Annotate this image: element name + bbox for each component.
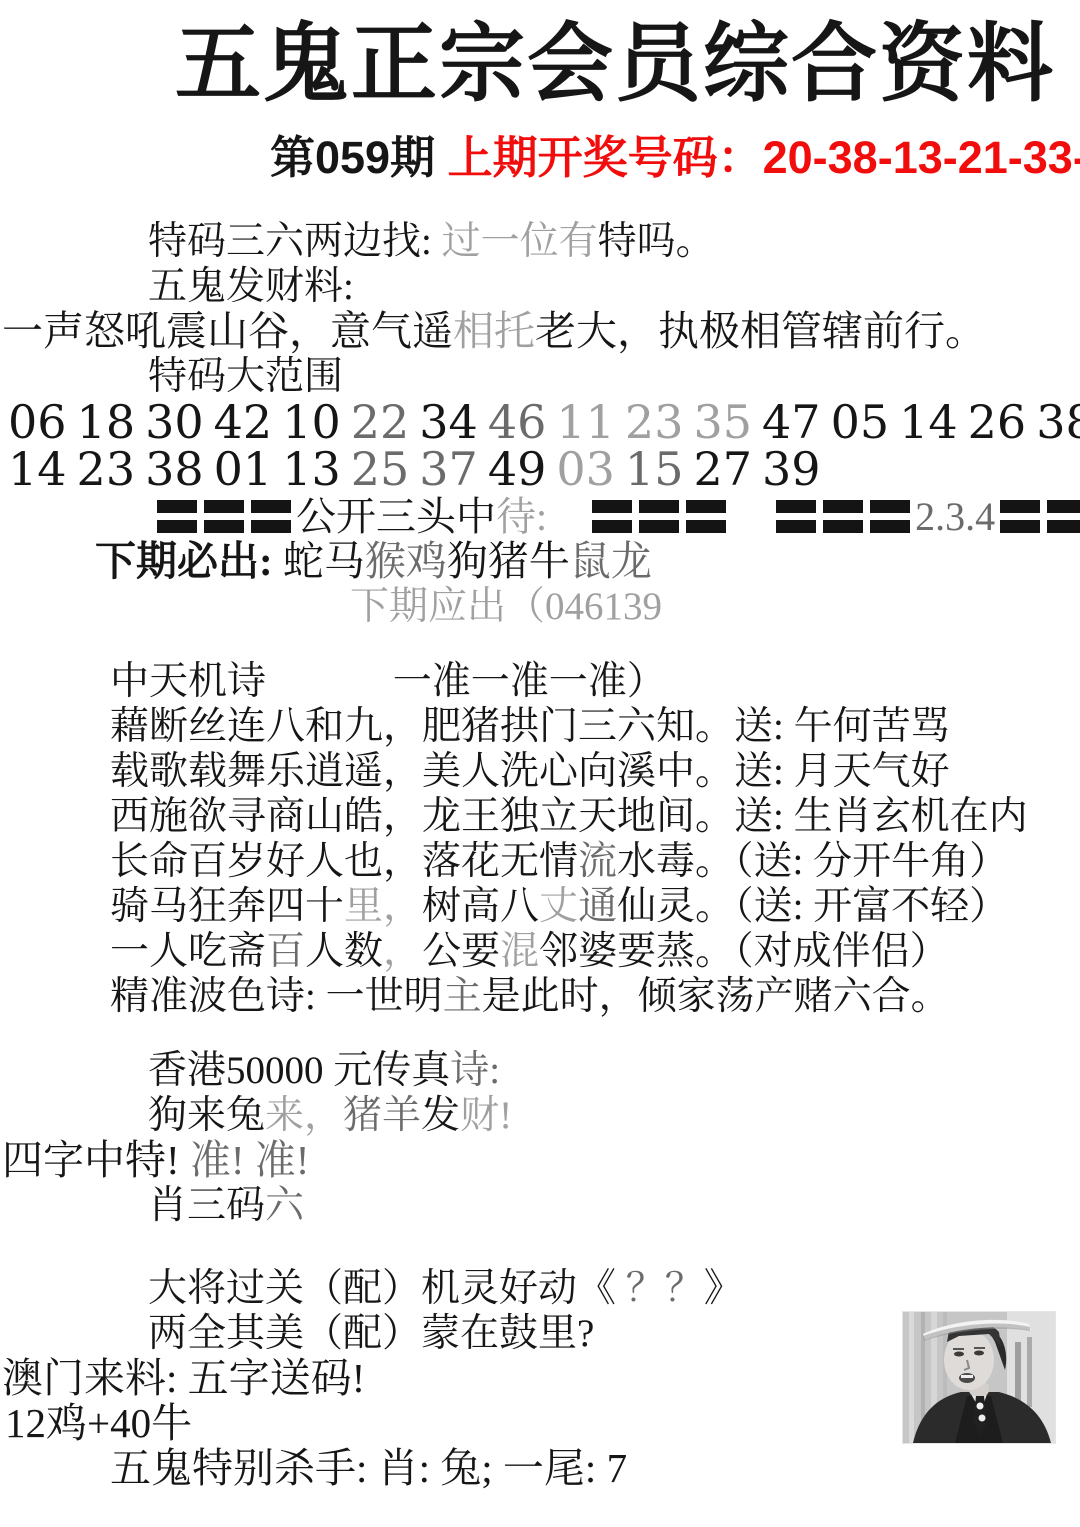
triple-bar-group	[1000, 500, 1080, 533]
number-token: 37	[419, 442, 478, 496]
number-token: 18	[77, 395, 136, 449]
text-segment: 准! 准!	[190, 1137, 310, 1183]
issue-number: 第059期	[270, 132, 435, 183]
number-token: 11	[556, 395, 615, 449]
number-token: 26	[968, 395, 1027, 449]
text-segment: 猴鸡	[365, 538, 447, 584]
number-token: 14	[899, 395, 958, 449]
text-segment: 通	[578, 885, 617, 928]
text-segment: 待:	[496, 494, 547, 539]
text-segment: 老大，执极相管辖前行。	[535, 308, 986, 354]
line-poem-7: 精准波色诗: 一世明主是此时，倾家荡产赌六合。	[0, 974, 1080, 1019]
text-segment: 过一位有	[442, 220, 598, 263]
number-token: 10	[282, 395, 341, 449]
text-segment: 精准波色诗: 一世明	[110, 975, 443, 1018]
number-token: 22	[351, 395, 410, 449]
text-segment: 中天机诗	[110, 660, 266, 703]
text-segment	[266, 660, 393, 703]
line-facai-poem: 一声怒吼震山谷，意气遥相托老大，执极相管辖前行。	[0, 309, 1080, 354]
number-token: 30	[145, 395, 204, 449]
text-segment: 狗猪牛	[447, 538, 570, 584]
text-segment: ？？	[626, 1267, 704, 1310]
line-facai-label: 五鬼发财料:	[0, 264, 1080, 309]
text-segment: 六	[265, 1184, 304, 1227]
text-segment: 公要	[422, 930, 500, 973]
text-segment: 五鬼特别杀手: 肖: 兔; 一尾: 7	[110, 1445, 627, 1491]
text-segment	[731, 494, 771, 539]
text-segment: 邻婆要蒸。（对成伴侣）	[539, 930, 949, 973]
lines: 特码三六两边找: 过一位有特吗。五鬼发财料:一声怒吼震山谷，意气遥相托老大，执极…	[0, 219, 1080, 1491]
text-segment: 2.3.4	[915, 494, 995, 539]
line-tema-find: 特码三六两边找: 过一位有特吗。	[0, 219, 1080, 264]
line-poem-5: 骑马狂奔四十里，树高八丈通仙灵。（送: 开富不轻）	[0, 884, 1080, 929]
text-segment: 肖三码	[148, 1184, 265, 1227]
double-bar-icon	[776, 500, 816, 533]
double-bar-icon	[592, 500, 632, 533]
text-segment	[547, 494, 587, 539]
line-poem-4: 长命百岁好人也，落花无情流水毒。（送: 分开牛角）	[0, 839, 1080, 884]
text-segment: 一准一准一准）	[393, 660, 666, 703]
text-segment: 四字中特!	[2, 1137, 190, 1183]
text-segment: 藉断丝连八和九，肥猪拱门三六知。送: 午何苦骂	[110, 705, 950, 748]
line-hk-fax-poem: 狗来兔来，猪羊发财!	[0, 1093, 1080, 1138]
double-bar-icon	[1047, 500, 1080, 533]
number-token: 47	[762, 395, 821, 449]
text-segment: 长命百岁好人也，落花无情	[110, 840, 578, 883]
text-segment: 里，	[344, 885, 422, 928]
line-tianji-title: 中天机诗 一准一准一准）	[0, 659, 1080, 704]
text-segment: ，	[383, 930, 422, 973]
number-token: 14	[8, 442, 67, 496]
text-segment: 诗:	[450, 1049, 500, 1092]
portrait-photo	[903, 1312, 1055, 1443]
line-four-char: 四字中特! 准! 准!	[0, 1138, 1080, 1183]
text-segment: 一声怒吼震山谷，意气遥	[2, 308, 453, 354]
text-segment: 澳门来料: 五字送码!	[2, 1355, 365, 1401]
text-segment: 下期必出:	[95, 538, 283, 584]
text-segment: 主	[443, 975, 482, 1018]
page-title: 五鬼正宗会员综合资料	[0, 0, 1080, 120]
text-segment: 猪羊	[343, 1094, 421, 1137]
number-token: 01	[214, 442, 273, 496]
text-segment: 百	[266, 930, 305, 973]
triple-bar-group	[592, 500, 726, 533]
line-tema-range: 特码大范围	[0, 354, 1080, 399]
number-token: 38	[1036, 395, 1080, 449]
number-token: 13	[282, 442, 341, 496]
text-segment: 特吗。	[598, 220, 715, 263]
number-token: 15	[625, 442, 684, 496]
number-token: 25	[351, 442, 410, 496]
text-segment: 丈	[539, 885, 578, 928]
number-token: 42	[214, 395, 273, 449]
text-segment: 来，	[265, 1094, 343, 1137]
number-token: 49	[488, 442, 547, 496]
double-bar-icon	[823, 500, 863, 533]
text-segment: 水毒。（送: 分开牛角）	[617, 840, 1008, 883]
double-bar-icon	[639, 500, 679, 533]
line-dajiang: 大将过关（配）机灵好动《 ？？》	[0, 1266, 1080, 1311]
line-poem-1: 藉断丝连八和九，肥猪拱门三六知。送: 午何苦骂	[0, 704, 1080, 749]
text-segment: 载歌载舞乐逍遥，美人洗心向溪中。送: 月天气好	[110, 750, 950, 793]
number-token: 39	[762, 442, 821, 496]
text-segment: 香港50000 元传真	[148, 1049, 450, 1092]
line-numbers-row-1: 0618304210223446112335470514263802	[0, 399, 1080, 446]
number-token: 27	[693, 442, 752, 496]
line-poem-6: 一人吃斋百人数，公要混邻婆要蒸。（对成伴侣）	[0, 929, 1080, 974]
spacer	[435, 132, 448, 183]
text-segment: 五鬼发财料:	[148, 265, 354, 308]
text-segment: 发	[421, 1094, 460, 1137]
text-segment: 树高八	[422, 885, 539, 928]
line-killer: 五鬼特别杀手: 肖: 兔; 一尾: 7	[0, 1446, 1080, 1491]
text-segment: 是此时，倾家荡产赌六合。	[482, 975, 950, 1018]
number-token: 05	[831, 395, 890, 449]
text-segment: 仙灵。（送: 开富不轻）	[617, 885, 1008, 928]
lottery-tip-sheet: 五鬼正宗会员综合资料 第059期 上期开奖号码：20-38-13-21-33-4…	[0, 0, 1080, 1527]
text-segment: 混	[500, 930, 539, 973]
triple-bar-group	[157, 500, 291, 533]
line-numbers-row-2: 142338011325374903152739	[0, 446, 1080, 493]
line-next-should: 下期应出（046139	[0, 584, 1080, 629]
text-segment: 人数	[305, 930, 383, 973]
text-segment: 特码三六两边找:	[148, 220, 442, 263]
number-token: 35	[693, 395, 752, 449]
double-bar-icon	[1000, 500, 1040, 533]
number-token: 46	[488, 395, 547, 449]
double-bar-icon	[204, 500, 244, 533]
text-segment: 狗来兔	[148, 1094, 265, 1137]
double-bar-icon	[157, 500, 197, 533]
text-segment: 大将过关（配）机灵好动《	[148, 1267, 626, 1310]
number-token: 06	[8, 395, 67, 449]
line-next-must: 下期必出: 蛇马猴鸡狗猪牛鼠龙	[0, 539, 1080, 584]
text-segment: 蛇马	[283, 538, 365, 584]
double-bar-icon	[870, 500, 910, 533]
text-segment: 》	[704, 1267, 743, 1310]
text-segment: 12鸡+40牛	[5, 1400, 192, 1446]
double-bar-icon	[251, 500, 291, 533]
triple-bar-group	[776, 500, 910, 533]
line-xiao-code: 肖三码六	[0, 1183, 1080, 1228]
text-segment: 公开三头中	[296, 494, 496, 539]
number-token: 23	[77, 442, 136, 496]
text-segment: 骑马狂奔四十	[110, 885, 344, 928]
line-poem-3: 西施欲寻商山皓，龙王独立天地间。送: 生肖玄机在内	[0, 794, 1080, 839]
number-token: 34	[419, 395, 478, 449]
number-token: 03	[556, 442, 615, 496]
text-segment: 两全其美（配）蒙在鼓里?	[148, 1312, 594, 1355]
text-segment: 特码大范围	[148, 355, 343, 398]
text-segment: 鼠龙	[570, 538, 652, 584]
text-segment: 一人吃斋	[110, 930, 266, 973]
line-heads-line: 公开三头中待: 2.3.4中	[0, 493, 1080, 539]
last-draw-numbers: 上期开奖号码：20-38-13-21-33-40+31	[448, 132, 1080, 183]
text-segment: 相托	[453, 308, 535, 354]
text-segment: 流	[578, 840, 617, 883]
line-poem-2: 载歌载舞乐逍遥，美人洗心向溪中。送: 月天气好	[0, 749, 1080, 794]
number-token: 38	[145, 442, 204, 496]
text-segment: 财!	[460, 1094, 512, 1137]
issue-line: 第059期 上期开奖号码：20-38-13-21-33-40+31	[0, 134, 1080, 182]
double-bar-icon	[686, 500, 726, 533]
text-segment: 下期应出（046139	[350, 585, 662, 628]
text-segment: 西施欲寻商山皓，龙王独立天地间。送: 生肖玄机在内	[110, 795, 1028, 838]
number-token: 23	[625, 395, 684, 449]
line-hk-fax-title: 香港50000 元传真诗:	[0, 1048, 1080, 1093]
